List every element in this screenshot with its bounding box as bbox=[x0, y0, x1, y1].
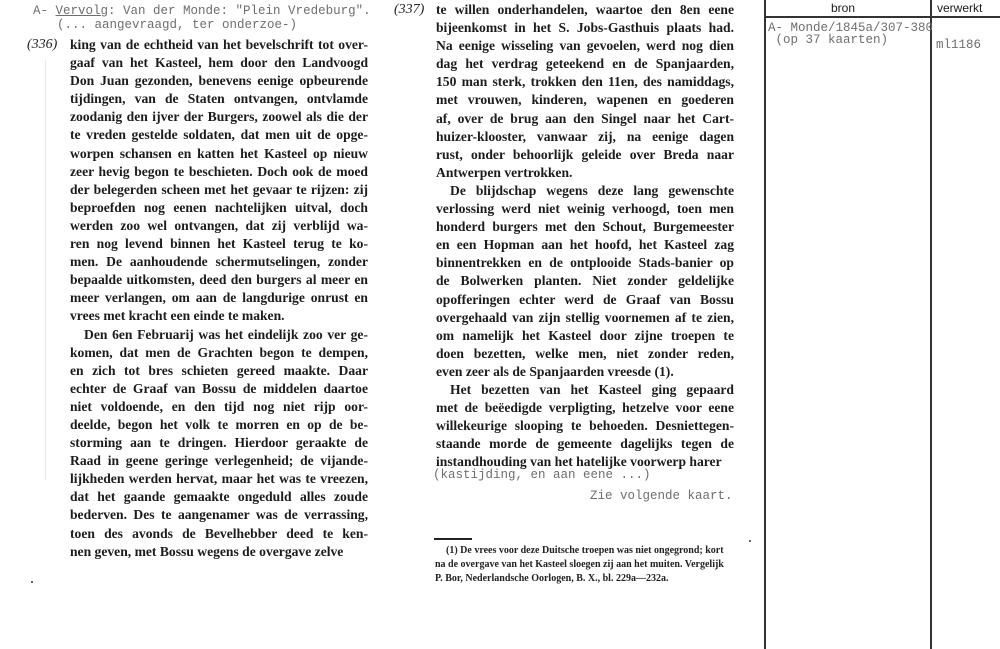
text-line: niet voldoende, en den tijd nog niet rij… bbox=[70, 398, 368, 416]
text-line: willekeurige slooping te behoeden. Desni… bbox=[436, 417, 734, 435]
text-line: werden zoo wel ontvangen, dat zij verbli… bbox=[70, 217, 368, 235]
text-line: vrees met kracht een einde te maken. bbox=[70, 307, 368, 325]
header-prefix: A- bbox=[33, 4, 56, 18]
footnote-line-3: P. Bor, Nederlandsche Oorlogen, B. X., b… bbox=[435, 573, 668, 584]
header-vervolg: Vervolg bbox=[56, 4, 109, 18]
text-line: honderd burgers met den Schout, Burgemee… bbox=[436, 218, 734, 236]
text-line: overgehaald van zijn stellig voornemen a… bbox=[436, 309, 734, 327]
text-line: Het bezetten van het Kasteel ging gepaar… bbox=[436, 381, 734, 399]
text-line: tijdingen, van de Staten ontvangen, ontv… bbox=[70, 90, 368, 108]
text-line: men. De aanhoudende schermutselingen, zo… bbox=[70, 253, 368, 271]
page-number-left: (336) bbox=[27, 37, 57, 53]
text-line: Na eenige wisseling van gevoelen, werd n… bbox=[436, 37, 734, 55]
text-line: toen des avonds de Bevelhebber deed te k… bbox=[70, 525, 368, 543]
text-line: en een Hopman aan het hoofd, het Kasteel… bbox=[436, 236, 734, 254]
typed-continuation: (kastijding, en aan eene ...) bbox=[433, 468, 651, 482]
text-line: om namelijk het Kasteel door zijne troep… bbox=[436, 327, 734, 345]
text-line: De blijdschap wegens deze lang gewenscht… bbox=[436, 182, 734, 200]
text-line: staande morde de gemeente dagelijks tege… bbox=[436, 435, 734, 453]
table-header-rule bbox=[764, 16, 1000, 18]
verwerkt-cell: ml1186 bbox=[936, 40, 981, 51]
text-line: 150 man sterk, trokken den 11en, des nam… bbox=[436, 73, 734, 91]
text-line: opofferingen echter werd de Graaf van Bo… bbox=[436, 291, 734, 309]
text-line: meer verlangen, om aan de langdurige onr… bbox=[70, 289, 368, 307]
text-line: komen, dat men de Grachten begon te demp… bbox=[70, 344, 368, 362]
column-header-verwerkt: verwerkt bbox=[937, 1, 982, 15]
text-line: dag het verdrag geteekend en de Spanjaar… bbox=[436, 55, 734, 73]
text-line: ren nog levend binnen het Kasteel terug … bbox=[70, 235, 368, 253]
text-line: met de beëedigde verpligting, hetzelve v… bbox=[436, 399, 734, 417]
column-header-bron: bron bbox=[831, 1, 855, 15]
text-line: nen geven, met Bossu wegens de overgave … bbox=[70, 543, 368, 561]
text-line: en zich tot bres schieten gereed maakte.… bbox=[70, 362, 368, 380]
text-line: Raad in geene geringe verlegenheid; de v… bbox=[70, 452, 368, 470]
text-line: Den 6en Februarij was het eindelijk zoo … bbox=[70, 326, 368, 344]
bron-cell-line-2: (op 37 kaarten) bbox=[768, 35, 888, 46]
header-title: : Van der Monde: "Plein Vredeburg". bbox=[108, 4, 371, 18]
text-line: king van de echtheid van het bevelschrif… bbox=[70, 36, 368, 54]
typed-next-card: Zie volgende kaart. bbox=[590, 489, 733, 503]
right-page-text: te willen onderhandelen, waartoe den 8en… bbox=[436, 1, 734, 471]
card-header: A- Vervolg: Van der Monde: "Plein Vredeb… bbox=[33, 4, 371, 18]
header-subline: (... aangevraagd, ter onderzoe-) bbox=[57, 18, 297, 32]
text-line: gaaf van het Kasteel, hem door den Landv… bbox=[70, 54, 368, 72]
text-line: worpen schansen en katten het Kasteel op… bbox=[70, 145, 368, 163]
footnote-line-2: na de overgave van het Kasteel sloegen z… bbox=[435, 559, 724, 570]
text-line: met vrouwen, kinderen, wapenen en goeder… bbox=[436, 91, 734, 109]
text-line: dat het gaande gemaakte ongeduld alles z… bbox=[70, 488, 368, 506]
text-line: de Bolwerken planten. Niet zonder geldel… bbox=[436, 272, 734, 290]
speck bbox=[749, 540, 751, 542]
text-line: lijkheden werden hervat, maar het was te… bbox=[70, 470, 368, 488]
text-line: af, over de brug aan den Singel naar het… bbox=[436, 110, 734, 128]
text-line: te vreden gestelde soldaten, dat men uit… bbox=[70, 126, 368, 144]
text-line: bijeenkomst in het S. Jobs-Gasthuis plaa… bbox=[436, 19, 734, 37]
text-line: zoodanig den ijver der Burgers, zoowel a… bbox=[70, 108, 368, 126]
text-line: Don Juan gezonden, benevens eenige opbeu… bbox=[70, 72, 368, 90]
text-line: even zeer als de Spanjaarden vreesde (1)… bbox=[436, 363, 734, 381]
text-line: bederven. Des te aangenamer was de verra… bbox=[70, 506, 368, 524]
text-line: binnentrekken en de ontplooide Stads-ban… bbox=[436, 254, 734, 272]
footnote-line-1: (1) De vrees voor deze Duitsche troepen … bbox=[446, 545, 724, 556]
text-line: verlossing werd niet weinig verhoogd, to… bbox=[436, 200, 734, 218]
page-edge-shadow bbox=[45, 60, 46, 480]
left-page-text: king van de echtheid van het bevelschrif… bbox=[70, 36, 368, 561]
page-number-right: (337) bbox=[394, 2, 424, 18]
text-line: Antwerpen vertrokken. bbox=[436, 164, 734, 182]
table-left-border bbox=[764, 0, 766, 649]
text-line: deelde, begon het volk te morren en op d… bbox=[70, 416, 368, 434]
text-line: bepaalde uitkomsten, deed den burgers al… bbox=[70, 271, 368, 289]
text-line: huizer-klooster, vanwaar zij, na eenige … bbox=[436, 128, 734, 146]
text-line: doen bezetten, welke men, niet zonder re… bbox=[436, 345, 734, 363]
text-line: beproefden nog eenen nachtelijken uitval… bbox=[70, 199, 368, 217]
text-line: zeer hevig begon te beschieten. Doch ook… bbox=[70, 163, 368, 181]
text-line: der belegerden scheen met het gevaar te … bbox=[70, 181, 368, 199]
speck bbox=[31, 581, 33, 583]
text-line: te willen onderhandelen, waartoe den 8en… bbox=[436, 1, 734, 19]
table-column-divider bbox=[930, 0, 932, 649]
text-line: storming aan te dringen. Hierdoor geraak… bbox=[70, 434, 368, 452]
text-line: rust, onder behoorlijk geleide over Bred… bbox=[436, 146, 734, 164]
footnote-rule bbox=[434, 538, 472, 540]
text-line: echter de Graaf van Bossu de middelen da… bbox=[70, 380, 368, 398]
